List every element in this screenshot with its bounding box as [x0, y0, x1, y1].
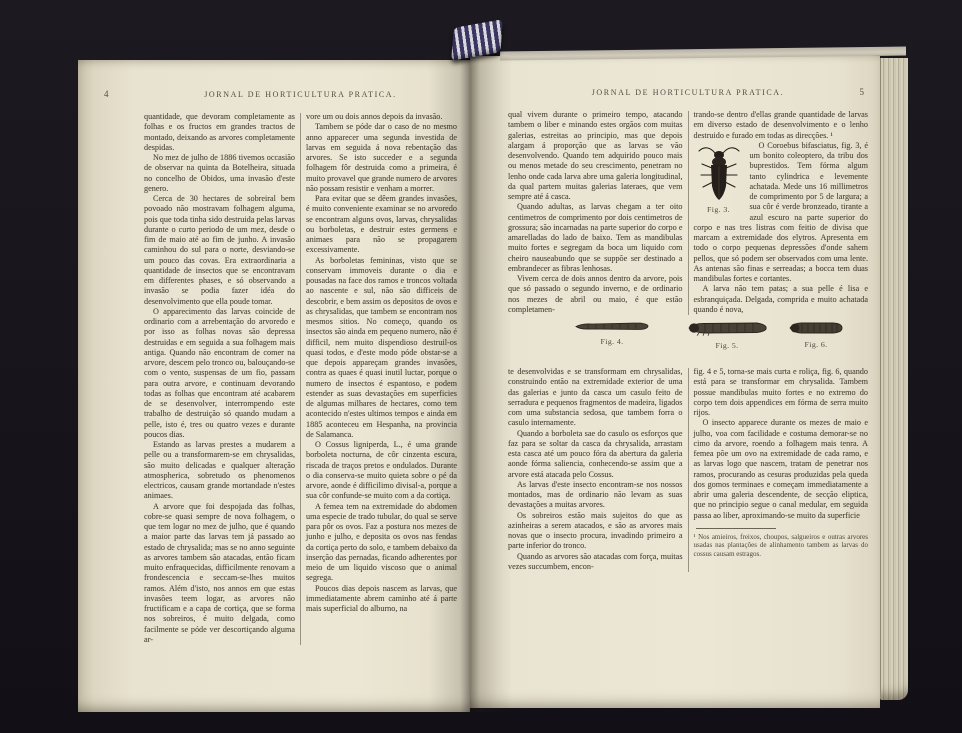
- paragraph: Cerca de 30 hectares de sobreiral bem po…: [144, 194, 295, 307]
- left-running-title: JORNAL DE HORTICULTURA PRATICA.: [144, 90, 457, 99]
- footnote: ¹ Nos amieiros, freixos, choupos, salgue…: [694, 533, 869, 559]
- column-divider: [300, 113, 301, 645]
- left-page-number: 4: [104, 89, 109, 99]
- spine-headband: [451, 19, 503, 61]
- figure-6-caption: Fig. 6.: [787, 340, 845, 349]
- paragraph: Os sobreiros estão mais sujeitos do que …: [508, 511, 683, 552]
- paragraph: Poucos dias depois nascem as larvas, que…: [306, 584, 457, 615]
- figure-3-block: Fig. 3.: [694, 144, 744, 214]
- footnote-rule: [696, 528, 776, 529]
- column-divider: [688, 111, 689, 315]
- paragraph: te desenvolvidas e se transformam em chr…: [508, 367, 683, 429]
- paragraph: No mez de julho de 1886 tivemos occasião…: [144, 153, 295, 194]
- right-page-columns-top: qual vivem durante o primeiro tempo, ata…: [508, 110, 868, 315]
- paragraph: Quando as arvores são atacadas com força…: [508, 552, 683, 573]
- page-left: 4 JORNAL DE HORTICULTURA PRATICA. quanti…: [78, 60, 470, 712]
- right-page-columns-bottom: te desenvolvidas e se transformam em chr…: [508, 367, 868, 572]
- page-right: JORNAL DE HORTICULTURA PRATICA. 5 qual v…: [470, 56, 880, 708]
- figure-4-caption: Fig. 4.: [574, 337, 650, 346]
- paragraph: fig. 4 e 5, torna-se mais curta e roliça…: [694, 367, 869, 418]
- paragraph: As borboletas femininas, visto que se co…: [306, 256, 457, 441]
- paragraph: qual vivem durante o primeiro tempo, ata…: [508, 110, 683, 202]
- paragraph: vore um ou dois annos depois da invasão.: [306, 112, 457, 122]
- figure-5-block: Fig. 5.: [685, 321, 769, 350]
- paragraph: quantidade, que devoram completamente as…: [144, 112, 295, 153]
- paragraph: Quando a borboleta sae do casulo os esfo…: [508, 429, 683, 480]
- figure-5-caption: Fig. 5.: [685, 341, 769, 350]
- paragraph: A femea tem na extremidade do abdomen um…: [306, 502, 457, 584]
- right-page-column-2-top: trando-se dentro d'ellas grande quantida…: [694, 110, 869, 315]
- right-page-column-2-bottom: fig. 4 e 5, torna-se mais curta e roliça…: [694, 367, 869, 572]
- figure-6-block: Fig. 6.: [787, 321, 845, 349]
- paragraph: A larva não tem patas; a sua pelle é lis…: [694, 284, 869, 315]
- paragraph: O insecto apparece durante os mezes de m…: [694, 418, 869, 521]
- paragraph: Estando as larvas prestes a mudarem a pe…: [144, 440, 295, 502]
- figure-4-block: Fig. 4.: [574, 321, 650, 346]
- larva-5-illustration: [685, 321, 769, 336]
- paragraph: Tambem se póde dar o caso de no mesmo an…: [306, 122, 457, 194]
- paragraph: O Cossus ligniperda, L., é uma grande bo…: [306, 440, 457, 502]
- open-pages: 4 JORNAL DE HORTICULTURA PRATICA. quanti…: [78, 56, 880, 712]
- paragraph: Para evitar que se dêem grandes invasões…: [306, 194, 457, 256]
- left-page-columns: quantidade, que devoram completamente as…: [144, 112, 457, 645]
- larva-6-illustration: [787, 321, 845, 335]
- page-edges-right: [880, 58, 908, 700]
- left-page-column-2: vore um ou dois annos depois da invasão.…: [306, 112, 457, 645]
- column-divider: [688, 368, 689, 572]
- right-page-column-1-bottom: te desenvolvidas e se transformam em chr…: [508, 367, 683, 572]
- figure-3-caption: Fig. 3.: [694, 205, 744, 214]
- paragraph: O apparecimento das larvas coincide de o…: [144, 307, 295, 440]
- right-page-column-1-top: qual vivem durante o primeiro tempo, ata…: [508, 110, 683, 315]
- book-scan: 4 JORNAL DE HORTICULTURA PRATICA. quanti…: [0, 0, 962, 733]
- beetle-illustration: [697, 144, 741, 202]
- left-page-header: 4 JORNAL DE HORTICULTURA PRATICA.: [144, 90, 457, 103]
- right-running-title: JORNAL DE HORTICULTURA PRATICA.: [508, 88, 868, 97]
- left-page-column-1: quantidade, que devoram completamente as…: [144, 112, 295, 645]
- paragraph: Quando adultas, as larvas chegam a ter o…: [508, 202, 683, 274]
- larva-4-illustration: [574, 321, 650, 332]
- paragraph: trando-se dentro d'ellas grande quantida…: [694, 110, 869, 141]
- paragraph: A arvore que foi despojada das folhas, c…: [144, 502, 295, 646]
- paragraph: Vivem cerca de dois annos dentro da arvo…: [508, 274, 683, 315]
- right-page-number: 5: [860, 87, 865, 97]
- paragraph: As larvas d'este insecto encontram-se no…: [508, 480, 683, 511]
- figure-band: Fig. 4.: [508, 315, 868, 367]
- right-page-header: JORNAL DE HORTICULTURA PRATICA. 5: [508, 88, 868, 101]
